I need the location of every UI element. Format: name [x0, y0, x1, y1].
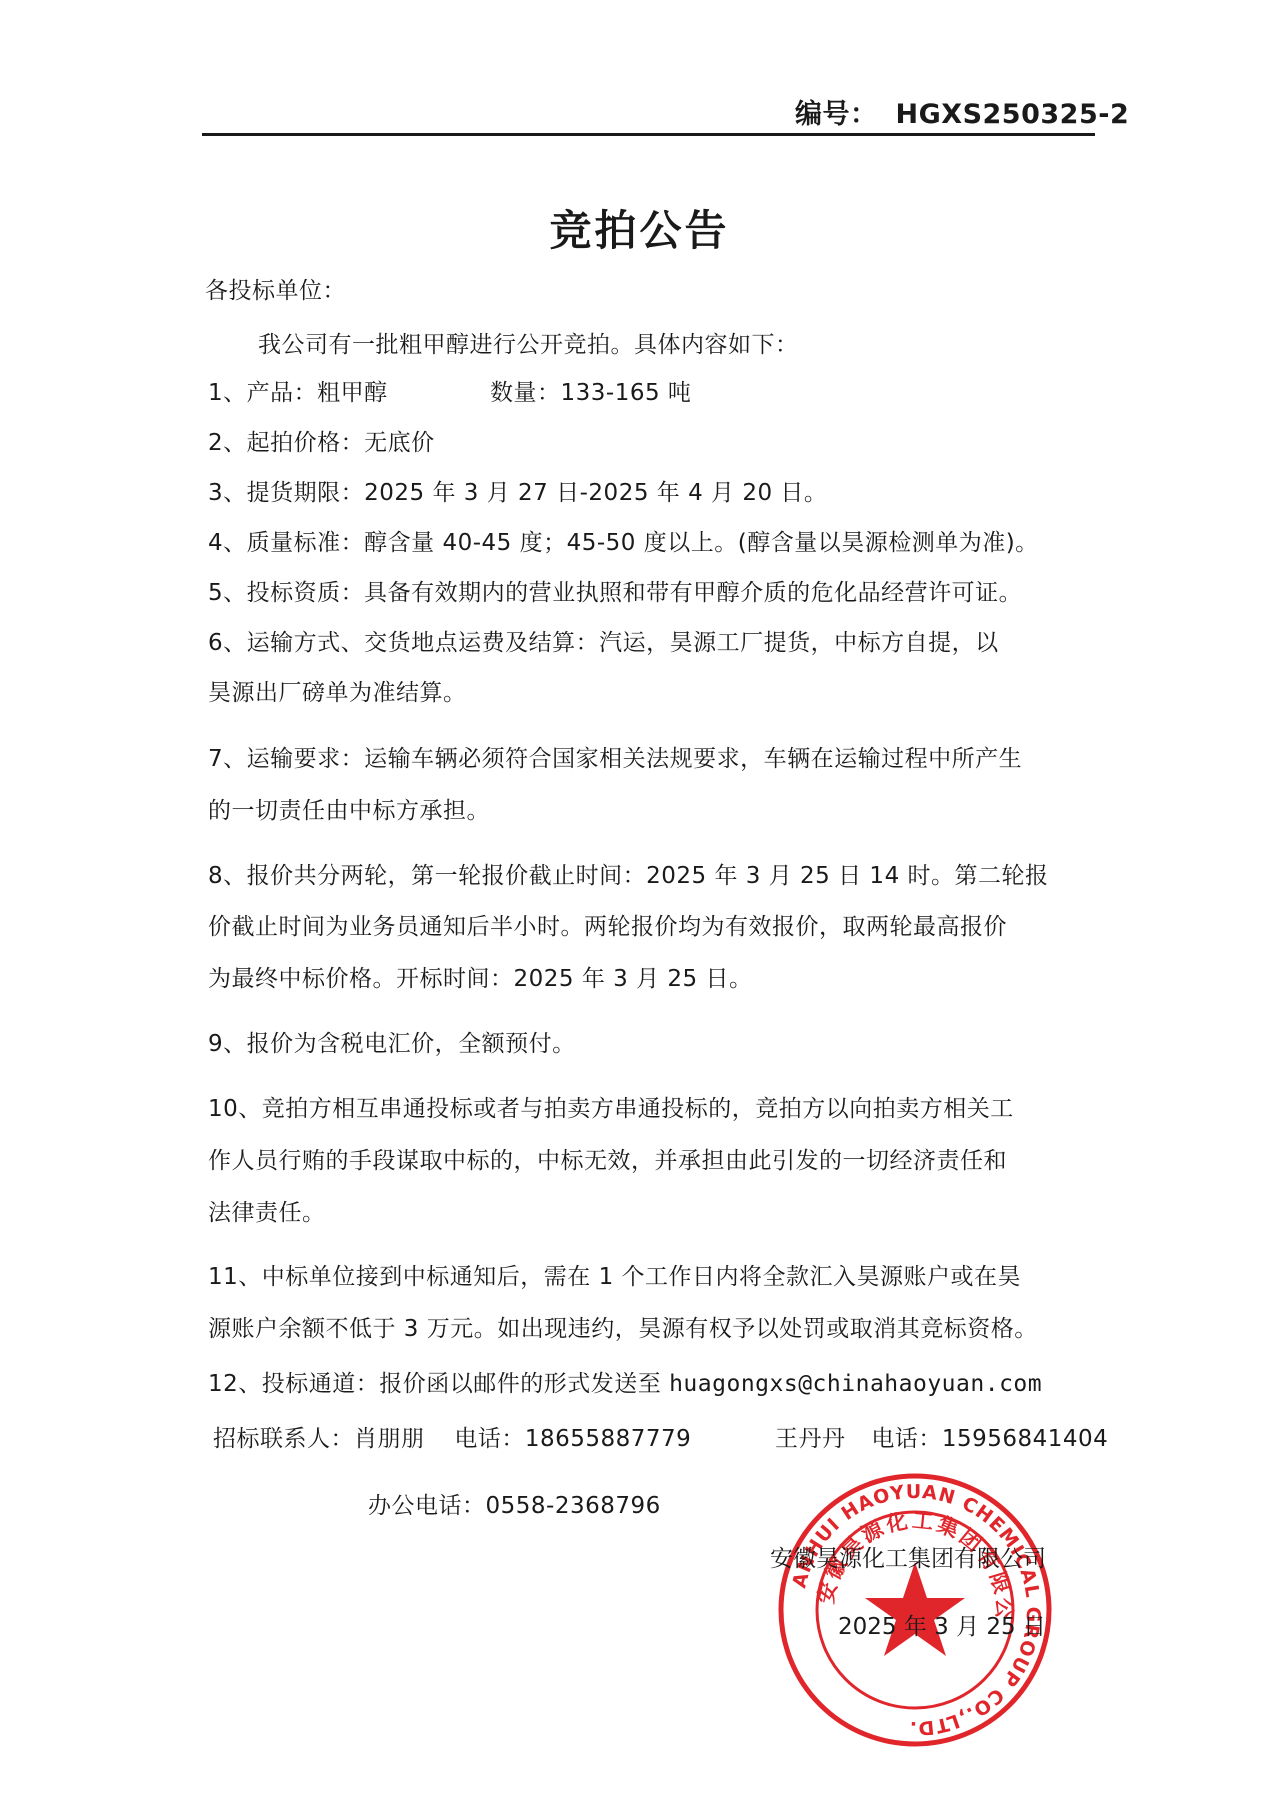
- item-7-line1: 7、运输要求：运输车辆必须符合国家相关法规要求，车辆在运输过程中所产生: [208, 740, 1022, 773]
- document-number-value: HGXS250325-2: [896, 99, 1130, 130]
- contact-label: 招标联系人：: [213, 1426, 354, 1452]
- contact-person-1: 肖朋朋: [354, 1426, 425, 1452]
- item-11-line1: 11、中标单位接到中标通知后，需在 1 个工作日内将全款汇入昊源账户或在昊: [208, 1258, 1021, 1291]
- item-6-line2: 昊源出厂磅单为准结算。: [208, 674, 467, 707]
- item-7-line2: 的一切责任由中标方承担。: [208, 792, 490, 825]
- item-1-product: 1、产品：粗甲醇: [208, 374, 388, 407]
- item-8-line2: 价截止时间为业务员通知后半小时。两轮报价均为有效报价，取两轮最高报价: [208, 908, 1007, 941]
- item-5: 5、投标资质：具备有效期内的营业执照和带有甲醇介质的危化品经营许可证。: [208, 574, 1022, 607]
- document-number: 编号：HGXS250325-2: [795, 92, 1129, 131]
- item-4: 4、质量标准：醇含量 40-45 度；45-50 度以上。(醇含量以昊源检测单为…: [208, 524, 1039, 557]
- contact-row-2: 王丹丹 电话：15956841404: [775, 1420, 1108, 1453]
- intro-paragraph: 我公司有一批粗甲醇进行公开竞拍。具体内容如下：: [258, 326, 799, 359]
- item-8-line1: 8、报价共分两轮，第一轮报价截止时间：2025 年 3 月 25 日 14 时。…: [208, 857, 1049, 890]
- greeting: 各投标单位：: [205, 272, 346, 305]
- contact-phone-2: 15956841404: [942, 1426, 1108, 1452]
- item-9: 9、报价为含税电汇价，全额预付。: [208, 1025, 576, 1058]
- header-divider: [202, 133, 1095, 136]
- item-11-line2: 源账户余额不低于 3 万元。如出现违约，昊源有权予以处罚或取消其竞标资格。: [208, 1310, 1038, 1343]
- tender-email[interactable]: huagongxs@chinahaoyuan.com: [669, 1371, 1042, 1397]
- document-number-label: 编号：: [795, 99, 878, 130]
- item-6-line1: 6、运输方式、交货地点运费及结算：汽运，昊源工厂提货，中标方自提，以: [208, 624, 999, 657]
- item-8-line3: 为最终中标价格。开标时间：2025 年 3 月 25 日。: [208, 960, 753, 993]
- contact-person-2: 王丹丹: [775, 1426, 846, 1452]
- item-2: 2、起拍价格：无底价: [208, 424, 435, 457]
- item-10-line2: 作人员行贿的手段谋取中标的，中标无效，并承担由此引发的一切经济责任和: [208, 1142, 1007, 1175]
- phone-label-1: 电话：: [454, 1426, 525, 1452]
- phone-label-2: 电话：: [871, 1426, 942, 1452]
- item-12: 12、投标通道：报价函以邮件的形式发送至 huagongxs@chinahaoy…: [208, 1365, 1042, 1398]
- item-10-line3: 法律责任。: [208, 1194, 326, 1227]
- signature-date: 2025 年 3 月 25 日: [838, 1608, 1046, 1641]
- item-10-line1: 10、竞拍方相互串通投标或者与拍卖方串通投标的，竞拍方以向拍卖方相关工: [208, 1090, 1014, 1123]
- item-1-quantity: 数量：133-165 吨: [490, 374, 691, 407]
- contact-row: 招标联系人：肖朋朋 电话：18655887779: [213, 1420, 691, 1453]
- item-12-text: 12、投标通道：报价函以邮件的形式发送至: [208, 1371, 669, 1397]
- item-3: 3、提货期限：2025 年 3 月 27 日-2025 年 4 月 20 日。: [208, 474, 827, 507]
- contact-phone-1: 18655887779: [525, 1426, 691, 1452]
- office-phone: 0558-2368796: [486, 1493, 661, 1519]
- page-title: 竞拍公告: [0, 198, 1279, 258]
- office-phone-label: 办公电话：: [368, 1493, 486, 1519]
- signature-company: 安徽昊源化工集团有限公司: [770, 1540, 1046, 1573]
- office-phone-row: 办公电话：0558-2368796: [368, 1487, 661, 1520]
